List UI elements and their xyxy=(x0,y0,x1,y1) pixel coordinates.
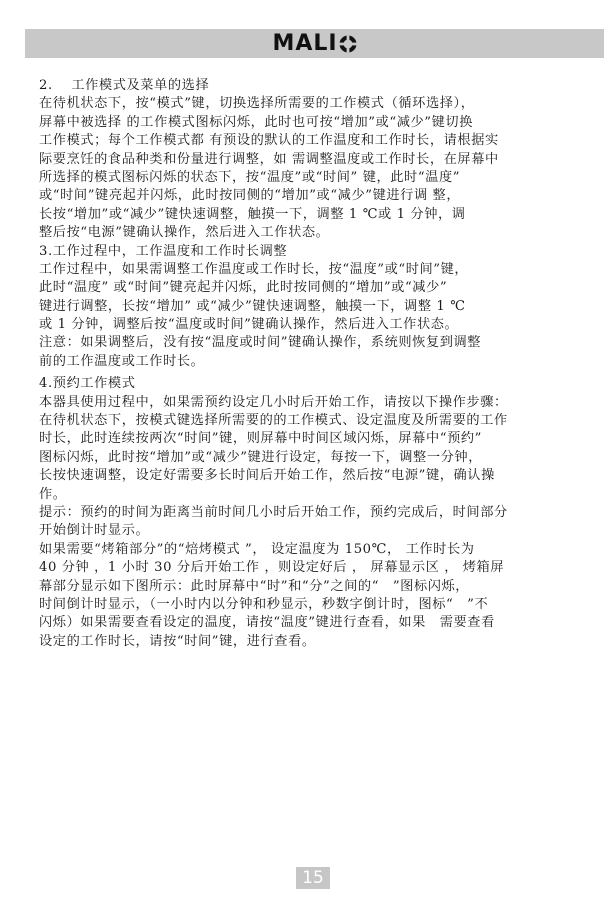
brand-logo: MALI xyxy=(272,33,356,55)
paragraph-line: 在待机状态下，按“模式”键，切换选择所需要的工作模式（循环选择）， xyxy=(39,95,579,113)
paragraph-line: 所选择的模式图标闪烁的状态下，按“温度”或“时间” 键，此时“温度” xyxy=(39,169,579,187)
paragraph-line: 此时“温度” 或“时间”键亮起并闪烁，此时按同侧的“增加”或“减少” xyxy=(39,279,579,297)
paragraph-line: 屏幕中被选择 的工作模式图标闪烁，此时也可按“增加”或“减少”键切换 xyxy=(39,114,579,132)
brand-text: MALI xyxy=(272,33,337,55)
paragraph-line: 长按“增加”或“减少”键快速调整，触摸一下，调整 1 ℃或 1 分钟，调 xyxy=(39,206,579,224)
section-heading: 3.工作过程中，工作温度和工作时长调整 xyxy=(39,243,579,261)
paragraph-line: 键进行调整，长按“增加” 或“减少”键快速调整，触摸一下，调整 1 ℃ xyxy=(39,298,579,316)
target-o-icon xyxy=(339,35,357,53)
example-line: 闪烁）如果需要查看设定的温度，请按“温度”键进行查看，如果 需要查看 xyxy=(39,614,579,632)
example-line: 时间倒计时显示，（一小时内以分钟和秒显示，秒数字倒计时，图标“ ”不 xyxy=(39,596,579,614)
section-scheduled-mode: 4.预约工作模式 本器具使用过程中，如果需预约设定几小时后开始工作，请按以下操作… xyxy=(39,375,579,651)
page-number: 15 xyxy=(296,867,330,889)
paragraph-line: 工作模式；每个工作模式都 有预设的默认的工作温度和工作时长，请根据实 xyxy=(39,132,579,150)
paragraph-line: 本器具使用过程中，如果需预约设定几小时后开始工作，请按以下操作步骤： xyxy=(39,394,579,412)
header-band: MALI xyxy=(25,29,604,58)
paragraph-line: 或 1 分钟，调整后按“温度或时间”键确认操作，然后进入工作状态。 xyxy=(39,316,579,334)
section-heading: 4.预约工作模式 xyxy=(39,375,579,393)
paragraph-line: 整后按“电源”键确认操作，然后进入工作状态。 xyxy=(39,224,579,242)
example-line: 幕部分显示如下图所示：此时屏幕中“时”和“分”之间的“ ”图标闪烁， xyxy=(39,578,579,596)
section-work-mode-menu: 2. 工作模式及菜单的选择 在待机状态下，按“模式”键，切换选择所需要的工作模式… xyxy=(39,77,579,243)
paragraph-line: 工作过程中，如果需调整工作温度或工作时长，按“温度”或“时间”键， xyxy=(39,261,579,279)
paragraph-line: 长按快速调整，设定好需要多长时间后开始工作，然后按“电源”键，确认操 xyxy=(39,467,579,485)
example-line: 设定的工作时长，请按“时间”键，进行查看。 xyxy=(39,633,579,651)
section-adjust-during-work: 3.工作过程中，工作温度和工作时长调整 工作过程中，如果需调整工作温度或工作时长… xyxy=(39,243,579,372)
paragraph-line: 图标闪烁，此时按“增加”或“减少”键进行设定，每按一下，调整一分钟， xyxy=(39,449,579,467)
note-line: 前的工作温度或工作时长。 xyxy=(39,353,579,371)
paragraph-line: 时长，此时连续按两次“时间”键，则屏幕中时间区域闪烁，屏幕中“预约” xyxy=(39,430,579,448)
tip-line: 提示：预约的时间为距离当前时间几小时后开始工作，预约完成后，时间部分 xyxy=(39,504,579,522)
paragraph-line: 或“时间”键亮起并闪烁，此时按同侧的“增加”或“减少”键进行调 整， xyxy=(39,187,579,205)
document-body: 2. 工作模式及菜单的选择 在待机状态下，按“模式”键，切换选择所需要的工作模式… xyxy=(39,77,579,651)
example-line: 如果需要“烤箱部分”的“焙烤模式 ”， 设定温度为 150℃， 工作时长为 xyxy=(39,541,579,559)
note-line: 注意：如果调整后，没有按“温度或时间”键确认操作，系统则恢复到调整 xyxy=(39,334,579,352)
example-line: 40 分钟 ，1 小时 30 分后开始工作 ，则设定好后 ， 屏幕显示区 ， 烤… xyxy=(39,559,579,577)
paragraph-line: 作。 xyxy=(39,486,579,504)
paragraph-line: 在待机状态下，按模式键选择所需要的的工作模式、设定温度及所需要的工作 xyxy=(39,412,579,430)
section-heading: 2. 工作模式及菜单的选择 xyxy=(39,77,579,95)
paragraph-line: 际要烹饪的食品种类和份量进行调整，如 需调整温度或工作时长，在屏幕中 xyxy=(39,151,579,169)
tip-line: 开始倒计时显示。 xyxy=(39,522,579,540)
